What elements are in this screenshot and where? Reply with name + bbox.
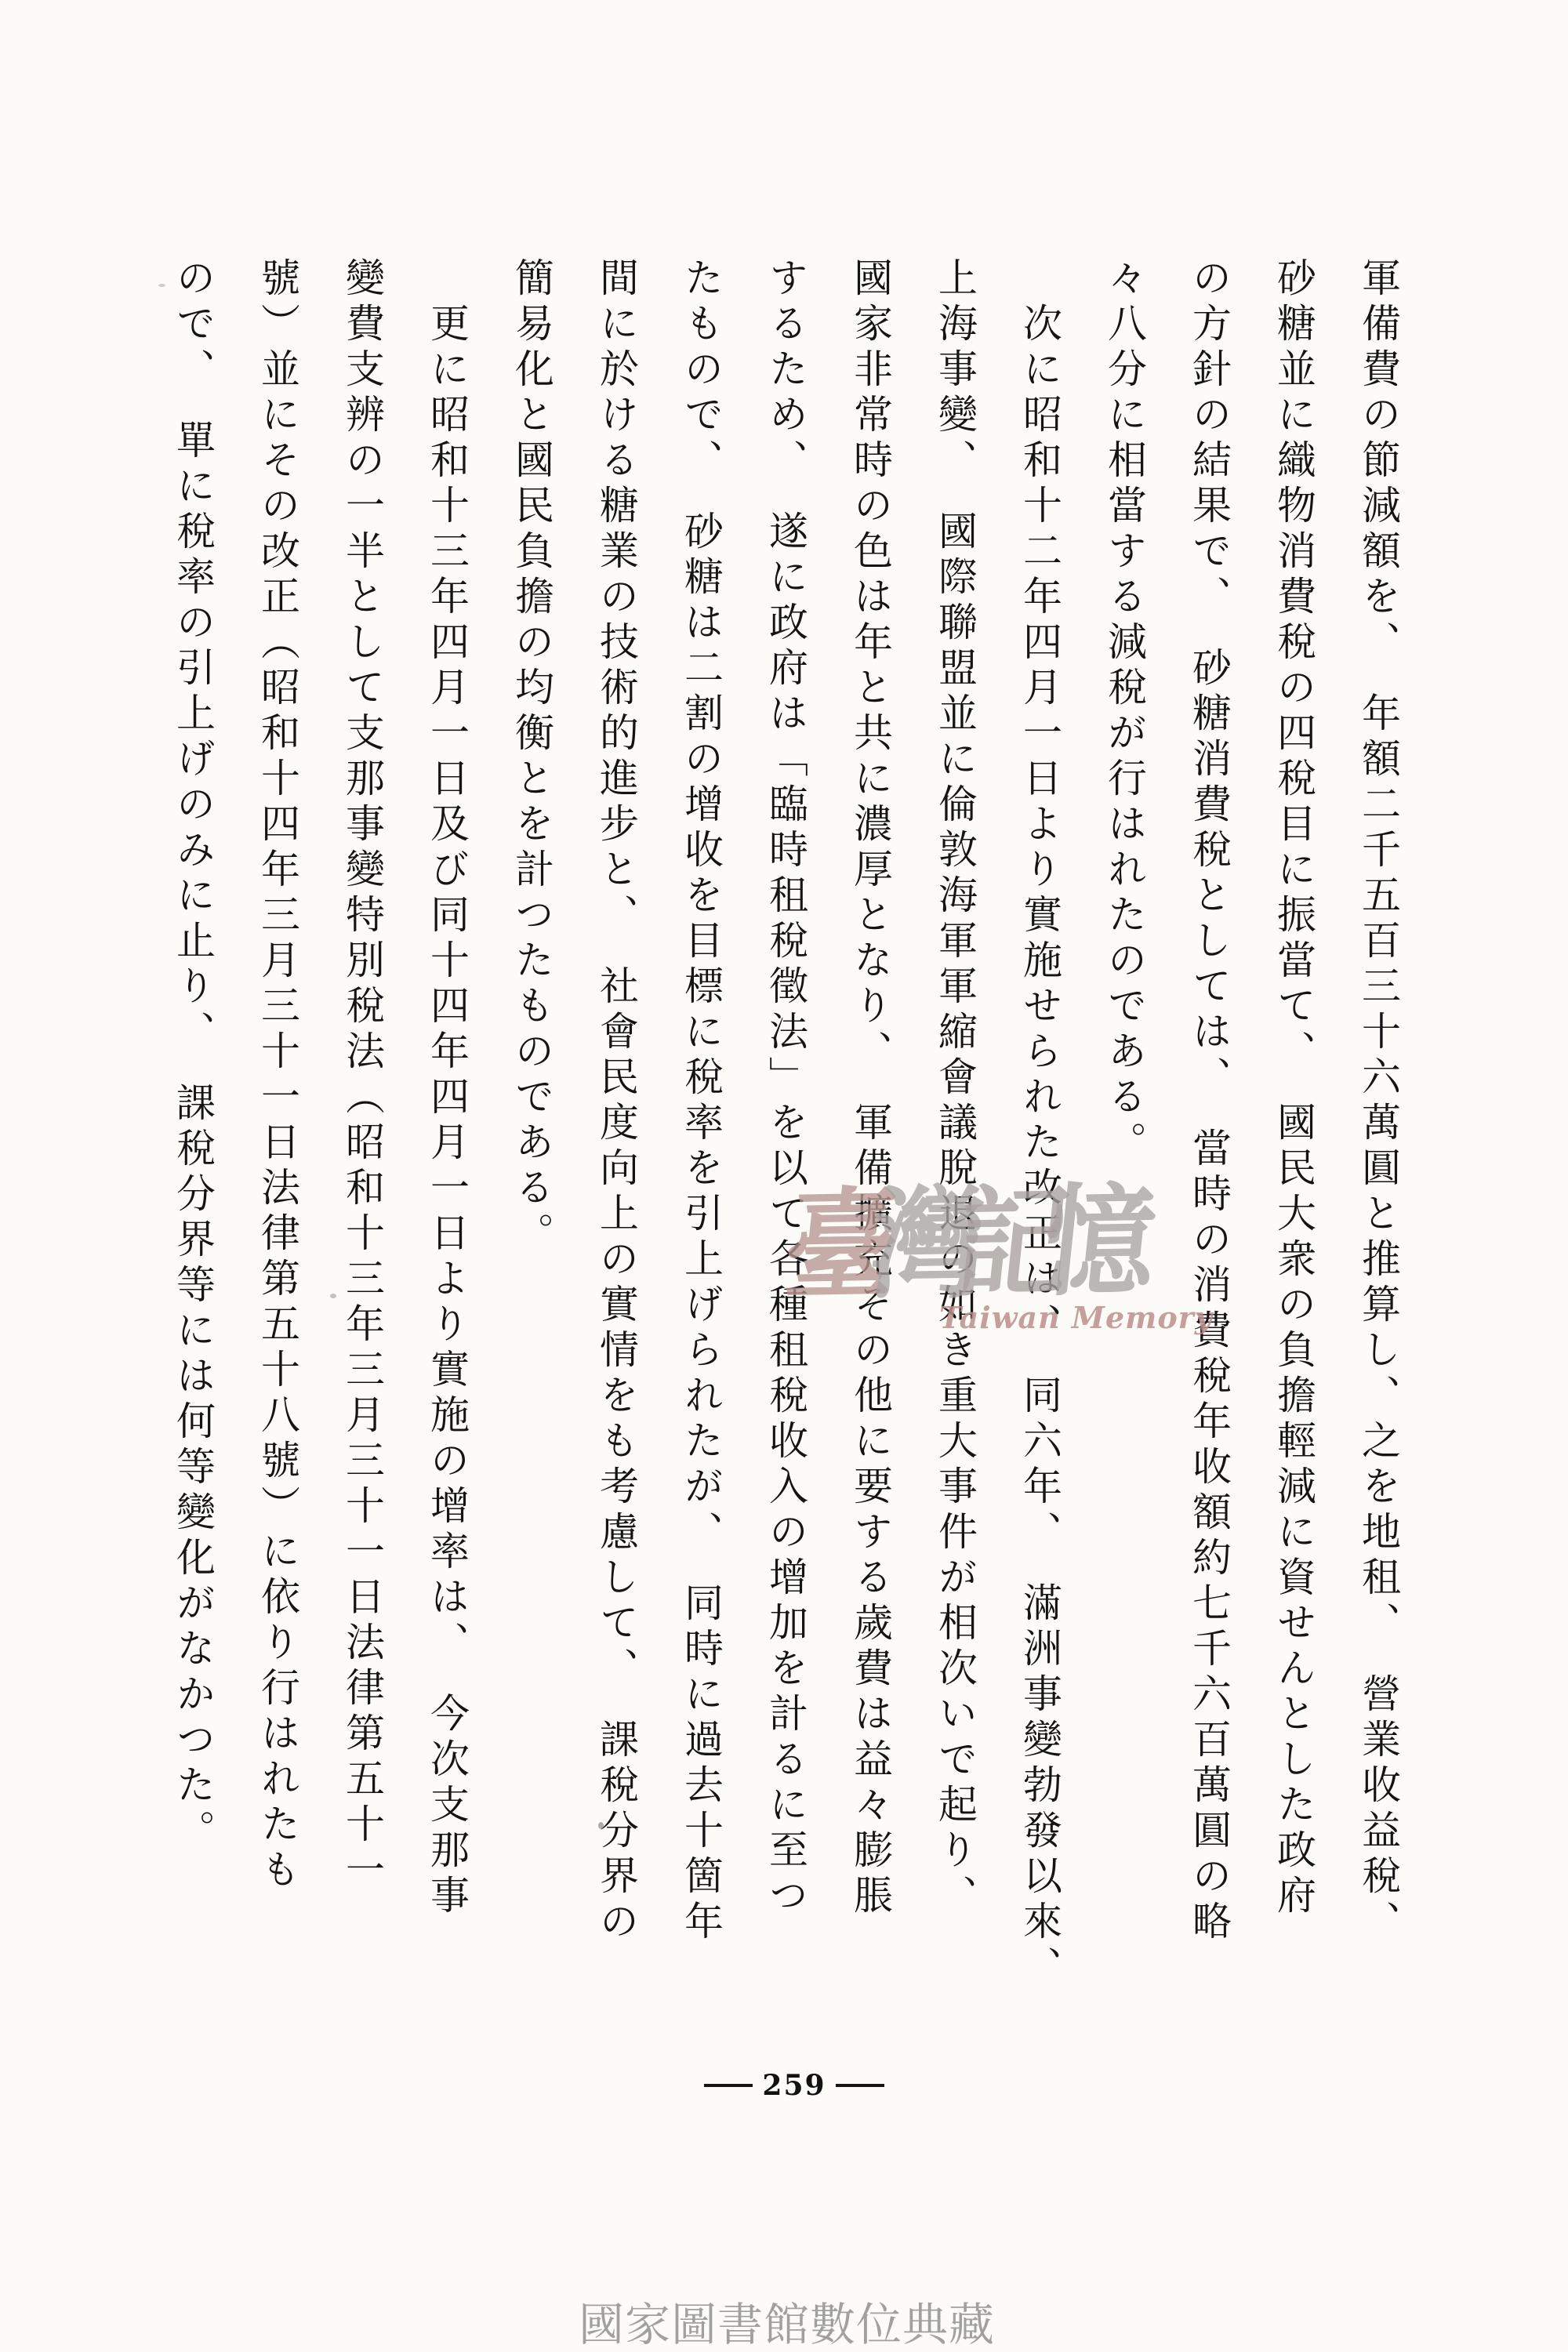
text-column-9: たもので、 砂糖は二割の增收を目標に稅率を引上げられたが、 同時に過去十箇年: [659, 257, 743, 2162]
page-number-dash-left: [704, 2084, 753, 2087]
page-number-value: 259: [762, 2070, 826, 2101]
text-column-12: 更に昭和十三年四月一日及び同十四年四月一日より實施の增率は、 今次支那事: [405, 257, 489, 2162]
taiwan-memory-watermark-subtitle: Taiwan Memory: [939, 1300, 1213, 1335]
text-column-6: 上海事變、 國際聯盟並に倫敦海軍軍縮會議脫退の如き重大事件が相次いで起り、: [913, 257, 997, 2162]
text-column-11: 簡易化と國民負擔の均衡とを計つたものである。: [489, 257, 574, 2162]
text-column-4: 々八分に相當する減稅が行はれたのである。: [1082, 257, 1167, 2162]
library-archive-footer: 國家圖書館數位典藏: [579, 2288, 995, 2352]
text-column-5: 次に昭和十二年四月一日より實施せられた改正は、 同六年、 滿洲事變勃發以來、: [997, 257, 1082, 2162]
text-column-3: の方針の結果で、 砂糖消費稅としては、 當時の消費稅年收額約七千六百萬圓の略: [1167, 257, 1251, 2162]
print-speck: [330, 1294, 336, 1298]
print-speck: [158, 284, 165, 287]
text-column-15: ので、 單に稅率の引上げのみに止り、 課稅分界等には何等變化がなかつた。: [151, 257, 235, 2162]
text-column-10: 間に於ける糖業の技術的進步と、 社會民度向上の實情をも考慮して、 課稅分界の: [574, 257, 659, 2162]
page-number: 259: [704, 2070, 884, 2101]
text-column-14: 號）並にその改正（昭和十四年三月三十一日法律第五十八號）に依り行はれたも: [235, 257, 320, 2162]
vertical-text-block: 軍備費の節減額を、 年額二千五百三十六萬圓と推算し、之を地租、 營業收益稅、 砂…: [149, 257, 1421, 2162]
scanned-book-page: 軍備費の節減額を、 年額二千五百三十六萬圓と推算し、之を地租、 營業收益稅、 砂…: [0, 0, 1568, 2352]
text-column-1: 軍備費の節減額を、 年額二千五百三十六萬圓と推算し、之を地租、 營業收益稅、: [1336, 257, 1421, 2162]
text-column-8: するため、 遂に政府は「臨時租稅徵法」を以て各種租稅收入の增加を計るに至つ: [743, 257, 828, 2162]
text-column-13: 變費支辨の一半として支那事變特別稅法（昭和十三年三月三十一日法律第五十一: [320, 257, 405, 2162]
print-speck: [598, 1822, 604, 1829]
text-column-2: 砂糖並に織物消費稅の四稅目に振當て、 國民大衆の負擔輕減に資せんとした政府: [1251, 257, 1336, 2162]
text-column-7: 國家非常時の色は年と共に濃厚となり、 軍備擴充その他に要する歲費は益々膨脹: [828, 257, 913, 2162]
page-number-dash-right: [836, 2084, 884, 2087]
